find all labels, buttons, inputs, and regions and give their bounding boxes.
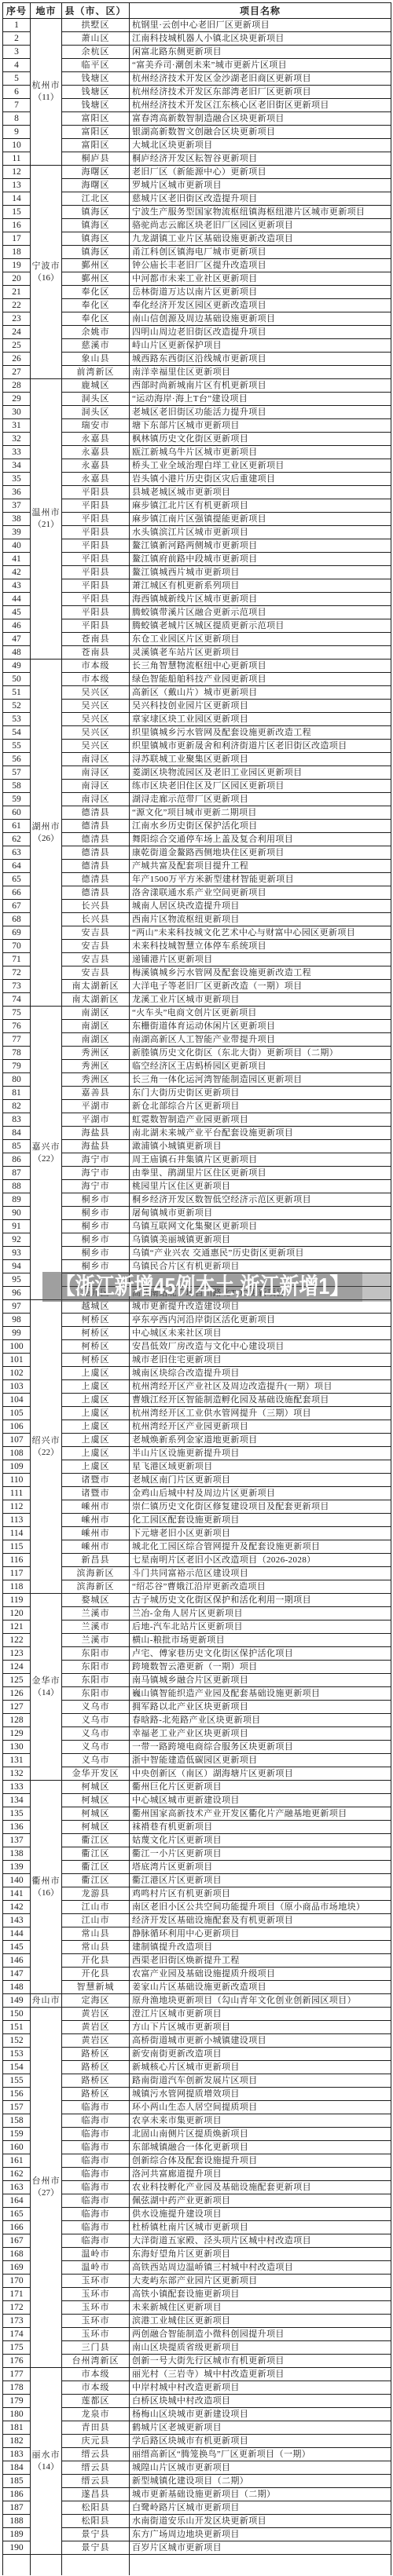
table-row: 162临海市洛河共富廊道提升项目 [3, 2168, 391, 2181]
county-cell: 义乌市 [62, 1754, 130, 1767]
county-cell: 市本级 [62, 660, 130, 673]
seq-cell: 114 [3, 1527, 31, 1540]
county-cell: 安吉县 [62, 940, 130, 953]
project-name-cell: 老旧厂区（新能源中心）更新项目 [130, 166, 391, 179]
project-name-cell: 姑蔑文化片区更新项目 [130, 1834, 391, 1847]
project-name-cell: 北固山南侧片区提质焕新项目 [130, 2128, 391, 2141]
table-row: 84海盐县南北湖未来城产业平台配套设施更新项目 [3, 1127, 391, 1140]
table-row: 153路桥区新安南街更新改造项目 [3, 2048, 391, 2061]
seq-cell: 13 [3, 179, 31, 192]
table-row: 78秀洲区新塍镇历史文化街区（东北大街）更新项目（二期） [3, 1047, 391, 1060]
city-name: 舟山市 [31, 1995, 61, 2007]
table-row: 90桐乡市屠甸镇城市更新项目 [3, 1207, 391, 1220]
table-row: 49湖州市（26）市本级长三角智慧物流枢纽中心更新项目 [3, 660, 391, 673]
county-cell: 龙泉市 [62, 2408, 130, 2421]
seq-cell: 111 [3, 1487, 31, 1500]
project-name-cell: 章家埭区块工业园区更新项目 [130, 713, 391, 726]
county-cell: 江山市 [62, 1901, 130, 1914]
table-row: 112嵊州市崇仁镇历史文化街区修复建设项目及配套更新项目 [3, 1500, 391, 1514]
county-cell: 温岭市 [62, 2248, 130, 2261]
seq-cell: 154 [3, 2061, 31, 2074]
project-name-cell: 骆驼尚志云廊区块老旧厂区园区更新项目 [130, 219, 391, 232]
county-cell: 常山县 [62, 1941, 130, 1954]
project-name-cell: 斗门共同富裕示范区建设项目 [130, 1567, 391, 1580]
table-row: 171玉环市高铁小镇配套设施更新项目 [3, 2288, 391, 2301]
project-name-cell: 九龙湖镇工业片区基础设施更新改造项目 [130, 232, 391, 246]
seq-cell: 107 [3, 1434, 31, 1447]
table-row: 176台州湾新区创新一号大街先行区城市有机更新项目 [3, 2355, 391, 2368]
project-name-cell: 枫林镇历史文化街区更新项目 [130, 433, 391, 446]
seq-cell: 100 [3, 1340, 31, 1354]
county-cell: 莲都区 [62, 2395, 130, 2408]
seq-cell: 41 [3, 553, 31, 566]
project-name-cell: 杭州湾经开区产业园更新项目 [130, 1420, 391, 1434]
table-row: 81嘉善县东门大街历史街区更新项目 [3, 1087, 391, 1100]
project-name-cell: 湖浔走廊示范带厂区更新项目 [130, 793, 391, 806]
project-name-cell: 海西镇城新线片区城市更新项目 [130, 593, 391, 606]
header-seq: 序号 [3, 3, 31, 19]
project-name-cell: 衢州国家高新技术产业开发区衢化片产融基地更新项目 [130, 1807, 391, 1821]
county-cell: 青田县 [62, 2421, 130, 2435]
project-name-cell: 两创融合智能制造小微科创园提升项目 [130, 2328, 391, 2341]
table-row: 71安吉县递铺港片区更新项目 [3, 953, 391, 966]
seq-cell: 53 [3, 713, 31, 726]
seq-cell: 46 [3, 619, 31, 633]
county-cell: 婺城区 [62, 1594, 130, 1607]
county-cell: 吴兴区 [62, 700, 130, 713]
seq-cell: 21 [3, 286, 31, 299]
seq-cell: 75 [3, 1007, 31, 1020]
seq-cell: 141 [3, 1887, 31, 1901]
project-name-cell: 罗城片区城市更新项目 [130, 179, 391, 192]
table-row: 163临海市农业科技孵化产业园及基础设施配套更新项目 [3, 2181, 391, 2194]
table-row: 125东阳市南马镇城乡融合片区更新项目 [3, 1674, 391, 1687]
table-row: 185缙云县新型城镇化建设项目（二期） [3, 2475, 391, 2488]
seq-cell: 185 [3, 2475, 31, 2488]
table-row: 114嵊州市下元塘老旧小区更新项目 [3, 1527, 391, 1540]
project-name-cell: 麻步镇江北片区有机更新项目 [130, 499, 391, 513]
seq-cell: 173 [3, 2315, 31, 2328]
project-name-cell: 由拳里、鹃湖里片区住区更新项目 [130, 1167, 391, 1180]
table-row: 177丽水市（14）市本级丽光村（三岩寺）城中村改造更新项目 [3, 2368, 391, 2381]
seq-cell: 163 [3, 2181, 31, 2194]
table-row: 18镇海区甬江科创区镇海电厂城市更新项目 [3, 246, 391, 259]
county-cell: 钱塘区 [62, 99, 130, 112]
seq-cell: 51 [3, 686, 31, 700]
table-row: 82平湖市新仓北部综合片区更新项目 [3, 1100, 391, 1113]
seq-cell: 175 [3, 2341, 31, 2355]
table-row: 128义乌市春晗路-北苑路产业区块更新项目 [3, 1714, 391, 1727]
project-name-cell: 甬江科创区镇海电厂城市更新项目 [130, 246, 391, 259]
table-row: 104上虞区曹娥江经开区智能制造孵化园及基础设施配套项目 [3, 1394, 391, 1407]
county-cell: 镇海区 [62, 206, 130, 219]
county-cell: 海宁市 [62, 1153, 130, 1167]
project-name-cell: 高新区（戴山片）城市更新项目 [130, 686, 391, 700]
project-name-cell: 静脉循环利用中心更新项目 [130, 1927, 391, 1941]
table-row: 48苍南县灵溪镇老车站片区更新项目 [3, 646, 391, 660]
table-row: 127义乌市拥军路以北产业区块更新项目 [3, 1701, 391, 1714]
table-row: 116新昌县七星南明片区老旧小区改造项目（2026-2028） [3, 1554, 391, 1567]
seq-cell: 189 [3, 2528, 31, 2541]
project-name-cell: 老城区南门片区更新项目 [130, 1474, 391, 1487]
seq-cell: 121 [3, 1621, 31, 1634]
county-cell: 奉化区 [62, 286, 130, 299]
table-row: 73南太湖新区大洋电子等老旧厂区更新改造（一期）项目 [3, 980, 391, 993]
project-name-cell: 经济开发区基础设施配套及有机更新项目 [130, 1914, 391, 1927]
seq-cell: 126 [3, 1687, 31, 1701]
project-name-cell: 城北化工园区综合管网提升及配套设施更新项目 [130, 1540, 391, 1554]
city-count: （22） [31, 1447, 61, 1459]
table-row: 60德清县“源文化”项目城市更新二期项目 [3, 806, 391, 820]
project-name-cell: 龙溪工业片区城市更新项目 [130, 993, 391, 1007]
project-name-cell: 中央创新区（南区）湖海塘片区更新项目 [130, 1767, 391, 1781]
table-row: 1杭州市（11）拱墅区杭钢里·云创中心老旧厂区更新项目 [3, 19, 391, 32]
project-name-cell: 屠甸镇城市更新项目 [130, 1207, 391, 1220]
table-row: 50市本级绿色智能船舶科技产业园更新项目 [3, 673, 391, 686]
seq-cell: 81 [3, 1087, 31, 1100]
seq-cell: 147 [3, 1968, 31, 1981]
county-cell: 温岭市 [62, 2261, 130, 2275]
table-row: 101柯桥区城市老旧住宅更新项目 [3, 1354, 391, 1367]
table-row: 146开化县西渠老旧街区焕新提升工程 [3, 1954, 391, 1968]
table-row: 167临海市大洋街道五家殿、泾头项片区城中村改造项目 [3, 2234, 391, 2248]
table-row: 8富阳区富春湾高新数智制造融合区块更新项目 [3, 112, 391, 126]
seq-cell: 166 [3, 2221, 31, 2234]
seq-cell: 95 [3, 1273, 31, 1287]
header-row: 序号 地市 县（市、区） 项目名称 [3, 3, 391, 19]
seq-cell: 177 [3, 2368, 31, 2381]
project-name-cell: 新塍镇历史文化街区（东北大街）更新项目（二期） [130, 1047, 391, 1060]
county-cell: 洞头区 [62, 393, 130, 406]
table-row: 136柯城区袜褙巷有机更新项目 [3, 1821, 391, 1834]
table-row: 67长兴县城南人居区块改造提升项目 [3, 900, 391, 913]
table-row: 53吴兴区章家埭区块工业园区更新项目 [3, 713, 391, 726]
seq-cell: 52 [3, 700, 31, 713]
seq-cell: 176 [3, 2355, 31, 2368]
project-name-cell: 城镇污水管网提质增效项目 [130, 2088, 391, 2101]
empty-cell [3, 2555, 31, 2576]
table-row: 141龙游县鸡鸣村片区有机更新项目 [3, 1887, 391, 1901]
seq-cell: 157 [3, 2101, 31, 2114]
project-name-cell: 周王庙镇石井集镇片区更新项目 [130, 1153, 391, 1167]
seq-cell: 63 [3, 846, 31, 860]
city-cell: 嘉兴市（22） [31, 1007, 62, 1300]
county-cell: 海曙区 [62, 166, 130, 179]
project-name-cell: 新安南街更新改造项目 [130, 2048, 391, 2061]
watermark-overlay-extension [362, 1272, 391, 1302]
seq-cell: 161 [3, 2154, 31, 2168]
table-row: 130义乌市一带一路跨境电商综合服务区块更新项目 [3, 1741, 391, 1754]
table-row: 27前湾新区南洋幸福里住区更新项目 [3, 366, 391, 379]
county-cell: 柯城区 [62, 1781, 130, 1794]
project-name-cell: 建制镇提升改造项目 [130, 1941, 391, 1954]
header-county: 县（市、区） [62, 3, 130, 19]
county-cell: 东阳市 [62, 1661, 130, 1674]
city-count: （16） [31, 272, 61, 284]
project-name-cell: 宁波生产服务型国家物流枢纽镇海枢纽港片区城市更新项目 [130, 206, 391, 219]
county-cell: 开化县 [62, 1954, 130, 1968]
table-row: 32永嘉县枫林镇历史文化街区更新项目 [3, 433, 391, 446]
seq-cell: 55 [3, 740, 31, 753]
project-name-cell: 杜桥镇杜南片区城市更新项目 [130, 2221, 391, 2234]
table-row: 180龙泉市杨梅山区块城市更新建设项目 [3, 2408, 391, 2421]
county-cell: 金华开发区 [62, 1767, 130, 1781]
table-row: 57南浔区菱湖区块物流园区及老旧工业园区更新项目 [3, 766, 391, 780]
seq-cell: 153 [3, 2048, 31, 2061]
seq-cell: 72 [3, 966, 31, 980]
table-row: 79秀洲区临空经济区王店蚂桥园区更新项目 [3, 1060, 391, 1073]
project-name-cell: 跨境数智云港更新（一期）项目 [130, 1661, 391, 1674]
table-row: 43平阳县萧江城区有机更新系列项目 [3, 579, 391, 593]
city-name: 杭州市 [31, 80, 61, 92]
project-name-cell: 大洋电子等老旧厂区更新改造（一期）项目 [130, 980, 391, 993]
table-row: 140衢江区衢江港区片区更新项目 [3, 1874, 391, 1887]
table-row: 54吴兴区织里镇城乡污水管网及配套设施更新改造工程 [3, 726, 391, 740]
county-cell: 德清县 [62, 833, 130, 846]
table-row: 37平阳县麻步镇江北片区有机更新项目 [3, 499, 391, 513]
county-cell: 苍南县 [62, 646, 130, 660]
seq-cell: 61 [3, 820, 31, 833]
project-name-cell: 半山片区设施更新提升项目 [130, 1447, 391, 1460]
seq-cell: 137 [3, 1834, 31, 1847]
seq-cell: 15 [3, 206, 31, 219]
county-cell: 上虞区 [62, 1447, 130, 1460]
table-row: 66德清县洛舍漾联通水系产业空间更新项目 [3, 886, 391, 900]
county-cell: 市本级 [62, 2381, 130, 2395]
city-count: （11） [31, 92, 61, 104]
table-row: 106上虞区杭州湾经开区产业园更新项目 [3, 1420, 391, 1434]
table-row: 30洞头区老城区老旧街区功能活力提升项目 [3, 406, 391, 419]
project-name-cell: “两山”未来科技城文化艺术中心与财富中心园区更新项目 [130, 926, 391, 940]
table-row: 117滨海新区斗门共同富裕示范区建设项目 [3, 1567, 391, 1580]
project-name-cell: 南山区块提质省级更新项目 [130, 2341, 391, 2355]
county-cell: 柯城区 [62, 1807, 130, 1821]
table-row: 9富阳区银湖高新数智文创融合区块更新项目 [3, 126, 391, 139]
table-row: 21奉化区岳林街道万达以南片区更新项目 [3, 286, 391, 299]
seq-cell: 105 [3, 1407, 31, 1420]
project-name-cell: 崇仁镇历史文化街区修复建设项目及配套更新项目 [130, 1500, 391, 1514]
seq-cell: 18 [3, 246, 31, 259]
table-row: 182庆元县学后路区块城市有机更新项目 [3, 2435, 391, 2448]
project-name-cell: 百岁片区城市更新项目 [130, 2541, 391, 2555]
project-name-cell: 奉化经济开发区园区更新改造项目 [130, 299, 391, 312]
project-name-cell: 环小两山生态人居空间提质项目 [130, 2101, 391, 2114]
county-cell: 永嘉县 [62, 433, 130, 446]
seq-cell: 150 [3, 2008, 31, 2021]
project-name-cell: 澉浦镇小城镇更新项目 [130, 1140, 391, 1153]
county-cell: 三门县 [62, 2341, 130, 2355]
county-cell: 富阳区 [62, 139, 130, 152]
seq-cell: 5 [3, 72, 31, 86]
project-name-cell: 兰冶-金角人居片区更新项目 [130, 1607, 391, 1621]
table-row: 59南浔区湖浔走廊示范带厂区更新项目 [3, 793, 391, 806]
table-row: 72安吉县梅溪镇城乡污水管网及配套设施更新改造工程 [3, 966, 391, 980]
project-name-cell: 春晗路-北苑路产业区块更新项目 [130, 1714, 391, 1727]
project-name-cell: 城南区块综合改造提升项目 [130, 1367, 391, 1380]
county-cell: 市本级 [62, 673, 130, 686]
project-name-cell: 钟公庙长丰老旧厂区提升改造项目 [130, 259, 391, 272]
seq-cell: 101 [3, 1354, 31, 1367]
seq-cell: 7 [3, 99, 31, 112]
seq-cell: 40 [3, 539, 31, 553]
county-cell: 平阳县 [62, 619, 130, 633]
seq-cell: 77 [3, 1033, 31, 1047]
table-row: 133衢州市（16）柯城区衢州巨化片区更新项目 [3, 1781, 391, 1794]
seq-cell: 74 [3, 993, 31, 1007]
table-row: 92桐乡市乌镇镇美丽城镇更新项目 [3, 1233, 391, 1247]
county-cell: 长兴县 [62, 913, 130, 926]
project-name-cell: 中岸村城中村改造更新项目 [130, 2381, 391, 2395]
seq-cell: 33 [3, 446, 31, 459]
project-name-cell: 水头镇滨江片区城市更新项目 [130, 526, 391, 539]
county-cell: 衢江区 [62, 1834, 130, 1847]
city-cell: 温州市（21） [31, 379, 62, 660]
seq-cell: 54 [3, 726, 31, 740]
seq-cell: 139 [3, 1861, 31, 1874]
seq-cell: 143 [3, 1914, 31, 1927]
seq-cell: 120 [3, 1607, 31, 1621]
county-cell: 路桥区 [62, 2074, 130, 2088]
table-row: 122兰溪市横山-粮批市场更新项目 [3, 1634, 391, 1647]
project-name-cell: 创新综合体及配套设施提升项目 [130, 2154, 391, 2168]
project-name-cell: 四明山周边老旧街区改造提升项目 [130, 326, 391, 339]
county-cell: 上虞区 [62, 1420, 130, 1434]
county-cell: 玉环市 [62, 2328, 130, 2341]
seq-cell: 118 [3, 1580, 31, 1594]
county-cell: 平阳县 [62, 526, 130, 539]
project-name-cell: 康乾街道金鳌路西侧地块住区更新项目 [130, 846, 391, 860]
county-cell: 缙云县 [62, 2475, 130, 2488]
city-cell: 绍兴市（22） [31, 1300, 62, 1594]
project-name-cell: 萧江城区有机更新系列项目 [130, 579, 391, 593]
county-cell: 开化县 [62, 1968, 130, 1981]
project-name-cell: 东门大街历史街区更新项目 [130, 1087, 391, 1100]
county-cell: 吴兴区 [62, 740, 130, 753]
seq-cell: 16 [3, 219, 31, 232]
county-cell: 南湖区 [62, 1007, 130, 1020]
project-name-cell: 桥头工业全域治理白垟工业区更新项目 [130, 459, 391, 473]
project-name-cell: 桐庐经济开发区耘智谷更新项目 [130, 152, 391, 166]
seq-cell: 181 [3, 2421, 31, 2435]
project-name-cell: 慈城片区老旧街区改造提升项目 [130, 192, 391, 206]
table-row: 108上虞区半山片区设施更新提升项目 [3, 1447, 391, 1460]
table-row: 178市本级中岸村城中村改造更新项目 [3, 2381, 391, 2395]
project-name-cell: 丽缙高新区“腾笼换鸟”厂区更新项目（一期） [130, 2448, 391, 2461]
county-cell: 德清县 [62, 806, 130, 820]
project-name-cell: 高桥街道城市更新小城镇建设项目 [130, 2034, 391, 2048]
county-cell: 临海市 [62, 2141, 130, 2154]
table-row: 161临海市创新综合体及配套设施提升项目 [3, 2154, 391, 2168]
seq-cell: 184 [3, 2461, 31, 2475]
county-cell: 前湾新区 [62, 366, 130, 379]
county-cell: 海宁市 [62, 1167, 130, 1180]
seq-cell: 3 [3, 46, 31, 59]
city-count: （27） [31, 2187, 61, 2199]
seq-cell: 6 [3, 86, 31, 99]
project-name-cell: 农富产业园及基础设施提质升级项目 [130, 1968, 391, 1981]
table-row: 69安吉县“两山”未来科技城文化艺术中心与财富中心园区更新项目 [3, 926, 391, 940]
county-cell: 奉化区 [62, 312, 130, 326]
project-name-cell: 衢江一小片区更新项目 [130, 1847, 391, 1861]
project-name-cell: 东海好望角片区更新项目 [130, 2248, 391, 2261]
project-name-cell: 江南科技城机器人小镇北区块更新项目 [130, 32, 391, 46]
city-cell: 丽水市（14） [31, 2368, 62, 2555]
county-cell: 南浔区 [62, 793, 130, 806]
county-cell: 玉环市 [62, 2288, 130, 2301]
county-cell: 余杭区 [62, 46, 130, 59]
county-cell: 平阳县 [62, 593, 130, 606]
table-row: 10富阳区大城北区块更新项目 [3, 139, 391, 152]
county-cell: 南太湖新区 [62, 993, 130, 1007]
county-cell: 富阳区 [62, 126, 130, 139]
county-cell: 柯城区 [62, 1821, 130, 1834]
city-count: （14） [31, 2461, 61, 2473]
city-name: 宁波市 [31, 261, 61, 272]
table-row: 148智慧新城姜家山片区基础设施更新改造项目 [3, 1981, 391, 1994]
seq-cell: 67 [3, 900, 31, 913]
project-name-cell: 岳林街道万达以南片区更新项目 [130, 286, 391, 299]
table-row: 11桐庐县桐庐经济开发区耘智谷更新项目 [3, 152, 391, 166]
county-cell: 诸暨市 [62, 1474, 130, 1487]
table-row: 62德清县舞阳综合交通停车场上盖及复合利用项目 [3, 833, 391, 846]
seq-cell: 78 [3, 1047, 31, 1060]
county-cell: 玉环市 [62, 2315, 130, 2328]
seq-cell: 64 [3, 860, 31, 873]
county-cell: 永嘉县 [62, 446, 130, 459]
project-name-cell: 杭钢里·云创中心老旧厂区更新项目 [130, 19, 391, 32]
table-row: 147开化县农富产业园及基础设施提质升级项目 [3, 1968, 391, 1981]
county-cell: 柯桥区 [62, 1314, 130, 1327]
table-row: 15镇海区宁波生产服务型国家物流枢纽镇海枢纽港片区城市更新项目 [3, 206, 391, 219]
table-row: 77南湖区南湖高新区人工智能产业带提升项目 [3, 1033, 391, 1047]
seq-cell: 168 [3, 2248, 31, 2261]
table-row: 181青田县鹤城片区老城更新项目 [3, 2421, 391, 2435]
county-cell: 义乌市 [62, 1701, 130, 1714]
county-cell: 镇海区 [62, 232, 130, 246]
county-cell: 嘉善县 [62, 1087, 130, 1100]
table-row: 25慈溪市峙山片区更新保护项目 [3, 339, 391, 353]
table-row: 36平阳县县城老城区城市更新项目 [3, 486, 391, 499]
county-cell: 海曙区 [62, 179, 130, 192]
seq-cell: 98 [3, 1314, 31, 1327]
city-cell: 杭州市（11） [31, 19, 62, 166]
table-row: 80秀洲区长三角一体化运河湾智能制造园区更新项目 [3, 1073, 391, 1087]
county-cell: 定海区 [62, 1994, 130, 2008]
seq-cell: 112 [3, 1500, 31, 1514]
table-row: 23奉化区南山信创源及周边基础设施更新项目 [3, 312, 391, 326]
seq-cell: 171 [3, 2288, 31, 2301]
project-name-cell: 新型城镇化建设项目（二期） [130, 2475, 391, 2488]
seq-cell: 35 [3, 473, 31, 486]
project-name-cell: 高铁小镇配套设施更新项目 [130, 2288, 391, 2301]
county-cell: 德清县 [62, 860, 130, 873]
seq-cell: 24 [3, 326, 31, 339]
project-name-cell: 西渠老旧街区焕新提升工程 [130, 1954, 391, 1968]
seq-cell: 134 [3, 1794, 31, 1807]
county-cell: 鄞州区 [62, 259, 130, 272]
project-name-cell: 未来科技城智慧立体停车系统项目 [130, 940, 391, 953]
project-name-cell: 东仓工业园区片区更新项目 [130, 633, 391, 646]
project-name-cell: 鸡鸣村片区有机更新项目 [130, 1887, 391, 1901]
seq-cell: 73 [3, 980, 31, 993]
project-name-cell: 织里镇城市更新晟舍和利济街道片区老旧街区改造项目 [130, 740, 391, 753]
project-name-cell: 鳌江镇新河路两侧城市更新项目 [130, 539, 391, 553]
county-cell: 平阳县 [62, 553, 130, 566]
table-row: 187松阳县白鹭岭路片区城市更新项目 [3, 2501, 391, 2515]
table-row: 190景宁县百岁片区城市更新项目 [3, 2541, 391, 2555]
project-name-cell: 下元塘老旧小区更新项目 [130, 1527, 391, 1540]
county-cell: 镇海区 [62, 246, 130, 259]
